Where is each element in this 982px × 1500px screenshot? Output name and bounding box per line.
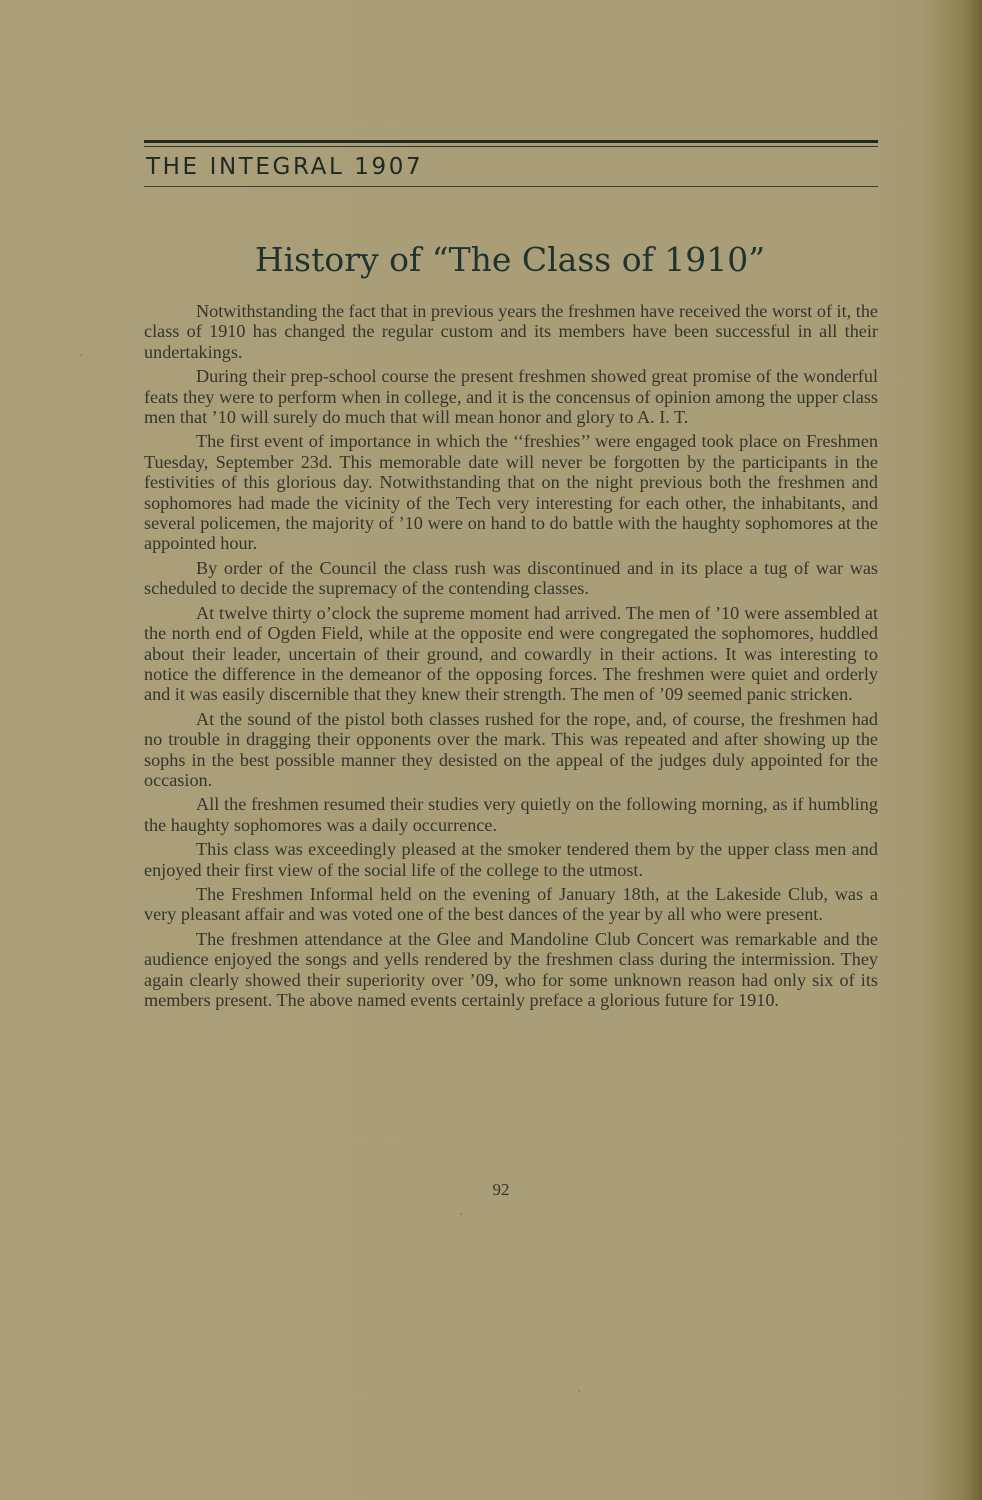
header-rule-thin bbox=[144, 146, 878, 147]
paragraph-4: By order of the Council the class rush w… bbox=[144, 558, 878, 599]
paragraph-10: The freshmen attendance at the Glee and … bbox=[144, 929, 878, 1011]
page-number: 92 bbox=[0, 1180, 982, 1200]
paper-speck bbox=[834, 247, 836, 249]
paragraph-1: Notwithstanding the fact that in previou… bbox=[144, 301, 878, 362]
paragraph-2: During their prep-school course the pres… bbox=[144, 366, 878, 427]
article-body: Notwithstanding the fact that in previou… bbox=[144, 301, 878, 1014]
header-rule-thick bbox=[144, 140, 878, 143]
paper-speck bbox=[460, 1213, 462, 1215]
paragraph-9: The Freshmen Informal held on the evenin… bbox=[144, 884, 878, 925]
book-page: THE INTEGRAL 1907 History of “The Class … bbox=[0, 0, 982, 1500]
paper-speck bbox=[80, 354, 82, 356]
paragraph-6: At the sound of the pistol both classes … bbox=[144, 709, 878, 791]
paragraph-8: This class was exceedingly pleased at th… bbox=[144, 839, 878, 880]
running-head: THE INTEGRAL 1907 bbox=[146, 153, 423, 181]
paper-speck bbox=[578, 1390, 580, 1392]
article-title: History of “The Class of 1910” bbox=[0, 238, 982, 282]
paragraph-7: All the freshmen resumed their studies v… bbox=[144, 794, 878, 835]
header-bottom-rule bbox=[144, 186, 878, 187]
header-double-rule bbox=[144, 140, 878, 147]
paragraph-5: At twelve thirty o’clock the supreme mom… bbox=[144, 603, 878, 705]
paragraph-3: The first event of importance in which t… bbox=[144, 431, 878, 553]
